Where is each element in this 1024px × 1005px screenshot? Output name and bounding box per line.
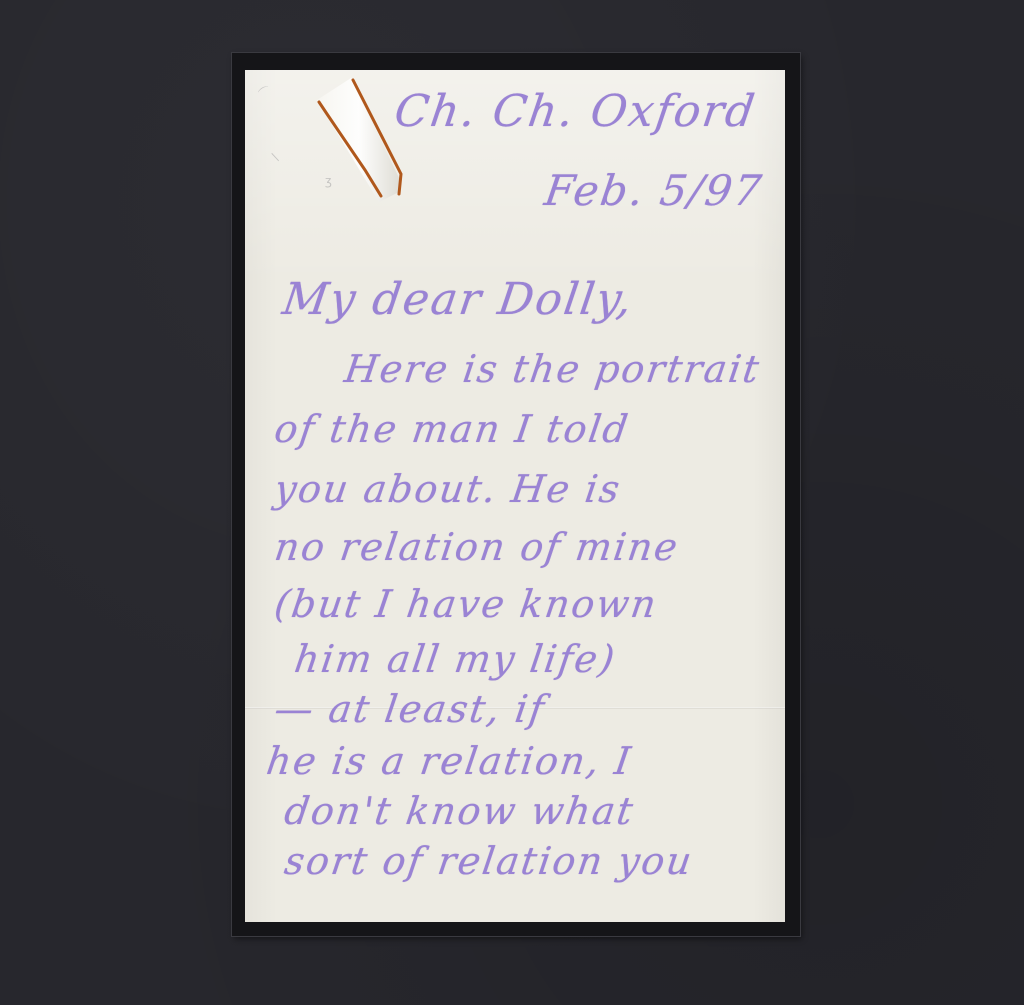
letter-body-line: of the man I told — [272, 410, 632, 448]
letter-date: Feb. 5/97 — [542, 170, 766, 212]
letter-body-line: — at least, if — [272, 690, 548, 728]
pencil-mark-icon: / — [268, 152, 282, 163]
letter-body-line: no relation of mine — [272, 528, 681, 566]
letter-body-line: sort of relation you — [282, 842, 695, 880]
letter-body-line: don't know what — [282, 792, 637, 830]
letter-body-line: he is a relation, I — [264, 742, 634, 780]
letter-body-line: him all my life) — [292, 640, 618, 678]
letter-salutation: My dear Dolly, — [280, 278, 636, 322]
letter-body-line: (but I have known — [272, 585, 660, 623]
letter-paper: ⌒ / ʒ Ch. Ch. Oxford Feb. 5/97 My dear D… — [245, 70, 785, 922]
curled-paper-stain-icon — [307, 70, 407, 210]
pencil-mark-icon: ⌒ — [256, 82, 275, 103]
letter-address: Ch. Ch. Oxford — [392, 90, 759, 134]
letter-body-line: you about. He is — [272, 470, 623, 508]
letter-body-line: Here is the portrait — [342, 350, 763, 388]
